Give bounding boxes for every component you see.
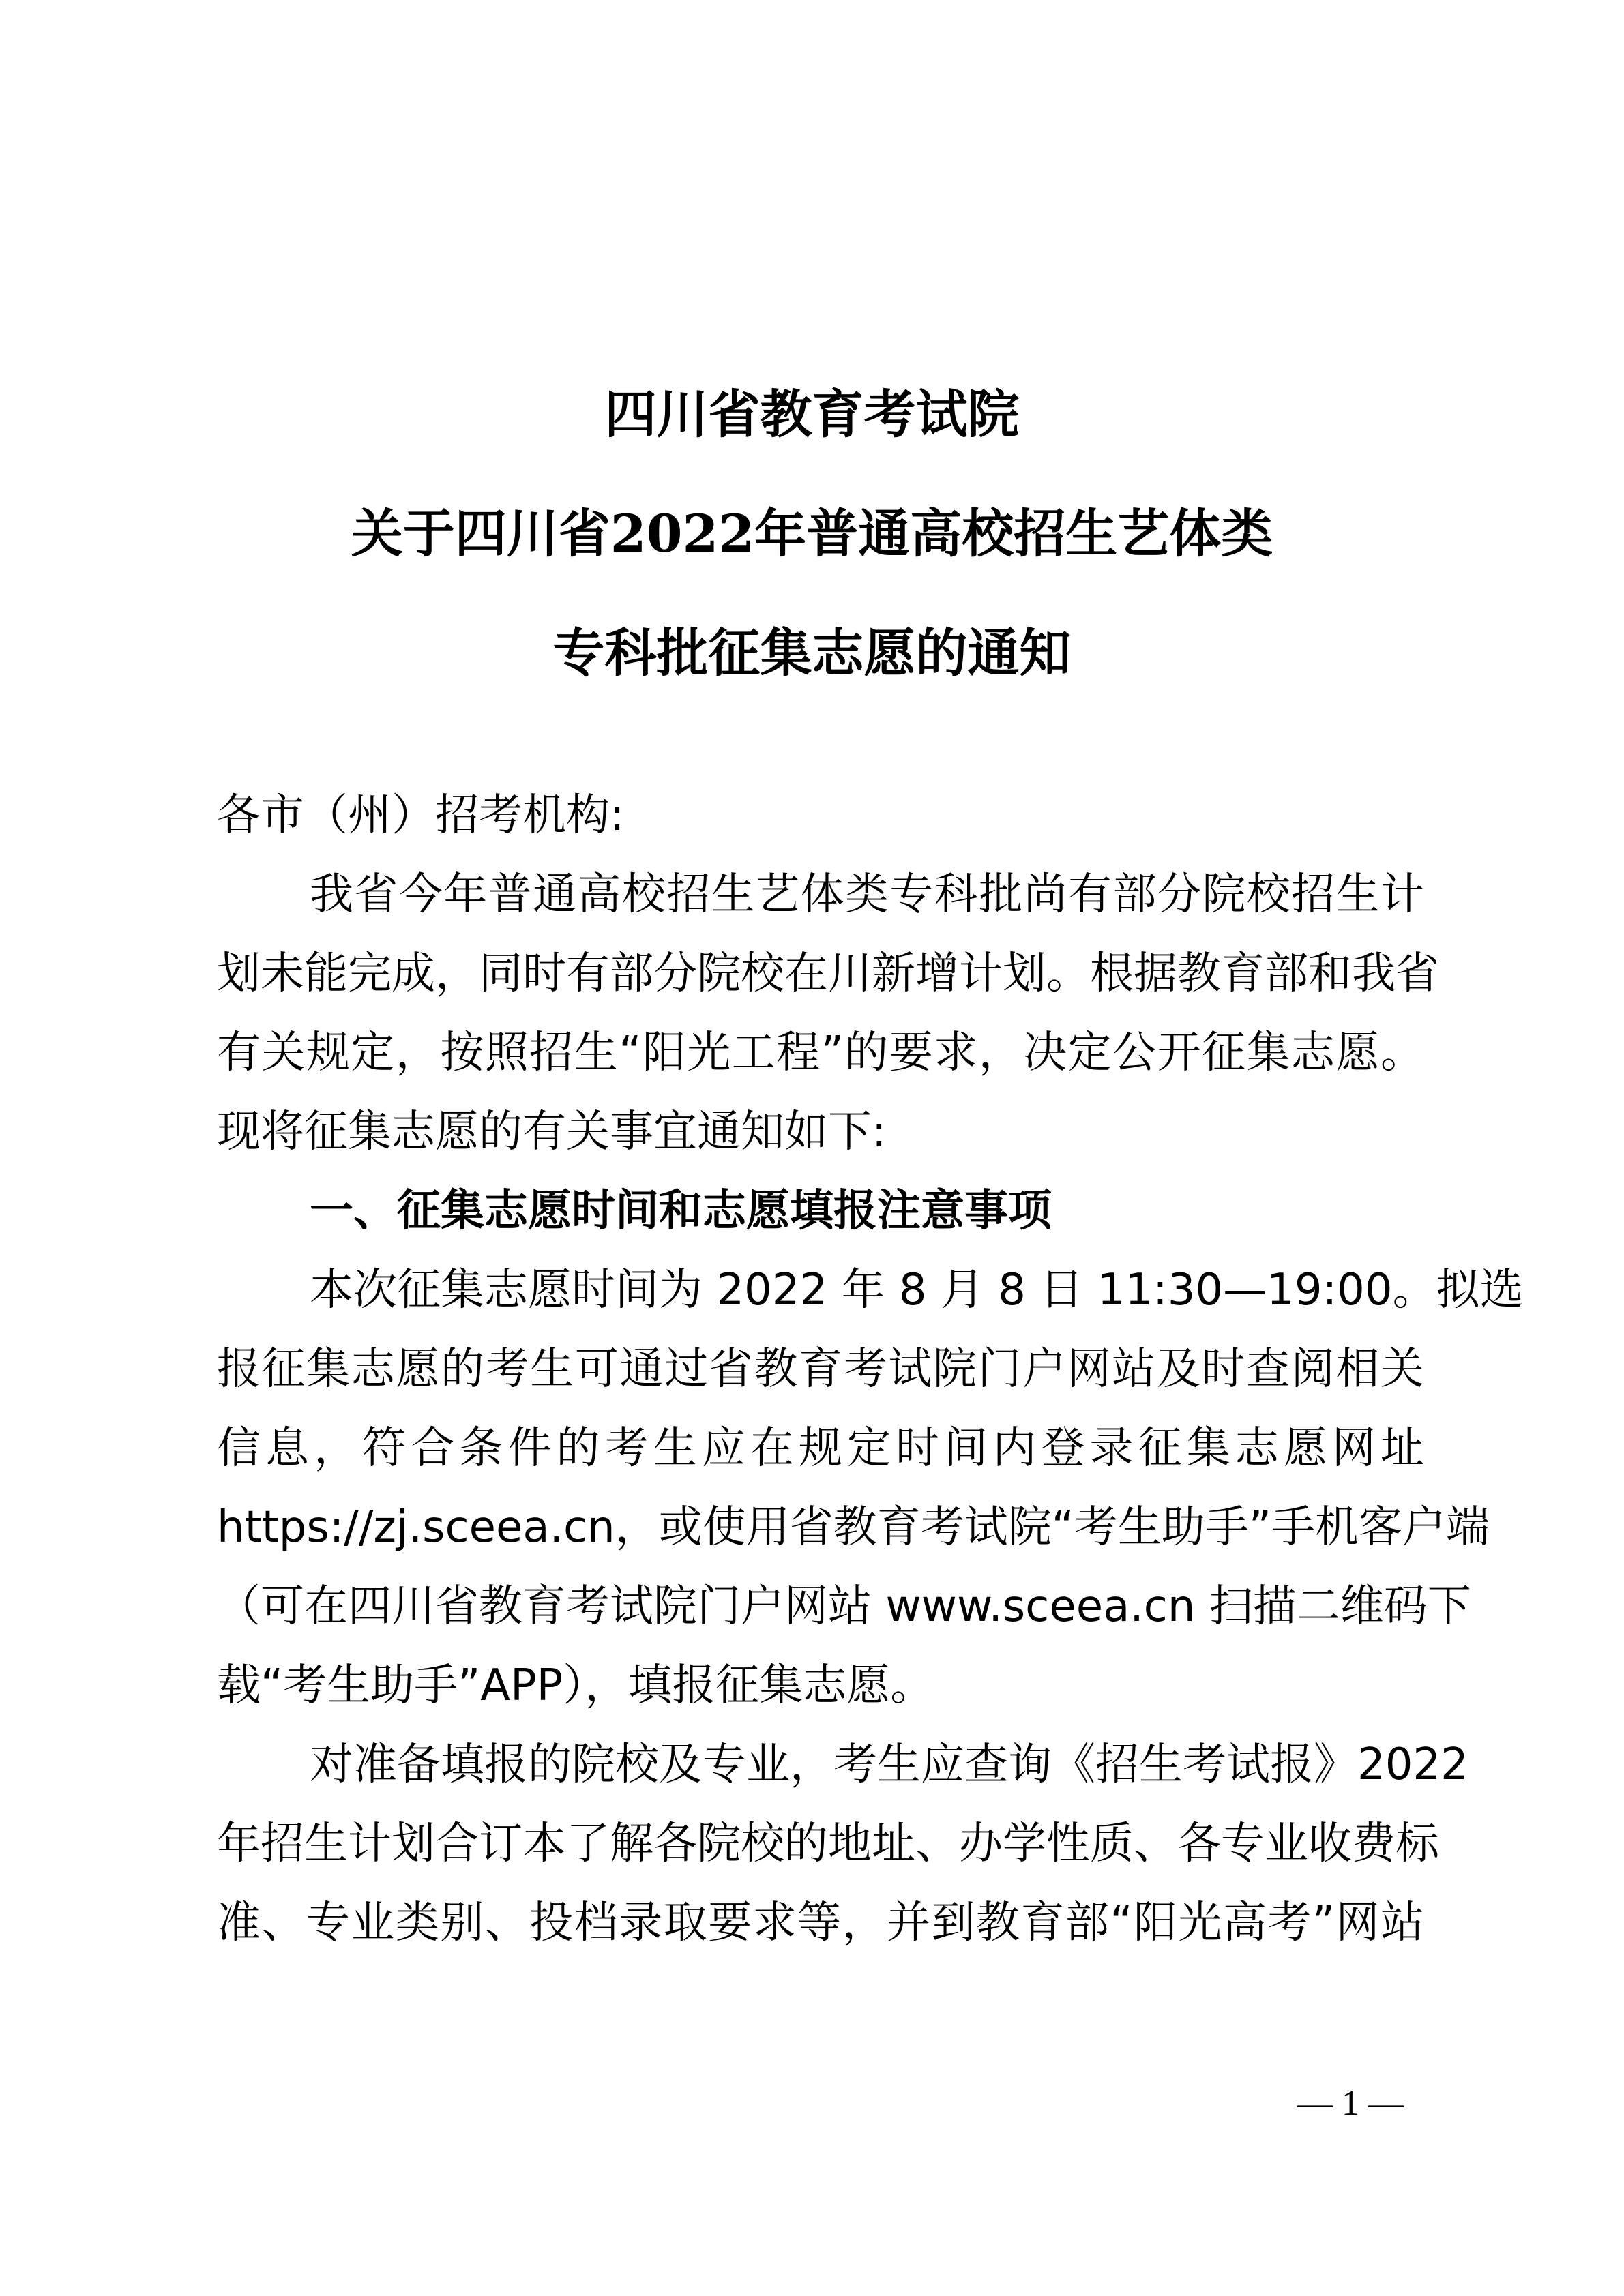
section-heading: 一、征集志愿时间和志愿填报注意事项 <box>217 1172 1424 1251</box>
paragraph-line: 有关规定，按照招生“阳光工程”的要求，决定公开征集志愿。 <box>217 1013 1424 1092</box>
section-1-paragraph-1: 本次征集志愿时间为 2022 年 8 月 8 日 11:30—19:00。拟选 … <box>217 1251 1424 1725</box>
document-title: 四川省教育考试院 关于四川省2022年普通高校招生艺体类 专科批征集志愿的通知 <box>0 389 1624 747</box>
title-line-notice: 专科批征集志愿的通知 <box>0 627 1624 679</box>
paragraph-line: 现将征集志愿的有关事宜通知如下: <box>217 1092 1424 1172</box>
paragraph-line: 年招生计划合订本了解各院校的地址、办学性质、各专业收费标 <box>217 1804 1424 1883</box>
section-1-paragraph-2: 对准备填报的院校及专业，考生应查询《招生考试报》2022 年招生计划合订本了解各… <box>217 1725 1424 1963</box>
paragraph-line: 划未能完成，同时有部分院校在川新增计划。根据教育部和我省 <box>217 934 1424 1013</box>
salutation: 各市（州）招考机构: <box>217 776 1424 855</box>
document-body: 各市（州）招考机构: 我省今年普通高校招生艺体类专科批尚有部分院校招生计 划未能… <box>217 776 1424 1963</box>
paragraph-line: 准、专业类别、投档录取要求等，并到教育部“阳光高考”网站 <box>217 1883 1424 1963</box>
paragraph-line: 本次征集志愿时间为 2022 年 8 月 8 日 11:30—19:00。拟选 <box>217 1251 1424 1330</box>
paragraph-line-with-link: https://zj.sceea.cn，或使用省教育考试院“考生助手”手机客户端 <box>217 1488 1424 1567</box>
paragraph-line: 对准备填报的院校及专业，考生应查询《招生考试报》2022 <box>217 1725 1424 1804</box>
title-line-issuer: 四川省教育考试院 <box>0 389 1624 441</box>
document-page: 四川省教育考试院 关于四川省2022年普通高校招生艺体类 专科批征集志愿的通知 … <box>0 0 1624 2296</box>
paragraph-line: 我省今年普通高校招生艺体类专科批尚有部分院校招生计 <box>217 855 1424 934</box>
title-line-subject: 关于四川省2022年普通高校招生艺体类 <box>0 508 1624 560</box>
page-number: — 1 — <box>1282 2083 1419 2124</box>
paragraph-line-with-link: （可在四川省教育考试院门户网站 www.sceea.cn 扫描二维码下 <box>217 1567 1424 1646</box>
intro-paragraph: 我省今年普通高校招生艺体类专科批尚有部分院校招生计 划未能完成，同时有部分院校在… <box>217 855 1424 1172</box>
paragraph-line: 报征集志愿的考生可通过省教育考试院门户网站及时查阅相关 <box>217 1330 1424 1409</box>
paragraph-line: 载“考生助手”APP），填报征集志愿。 <box>217 1646 1424 1725</box>
paragraph-line: 信息，符合条件的考生应在规定时间内登录征集志愿网址 <box>217 1409 1424 1488</box>
